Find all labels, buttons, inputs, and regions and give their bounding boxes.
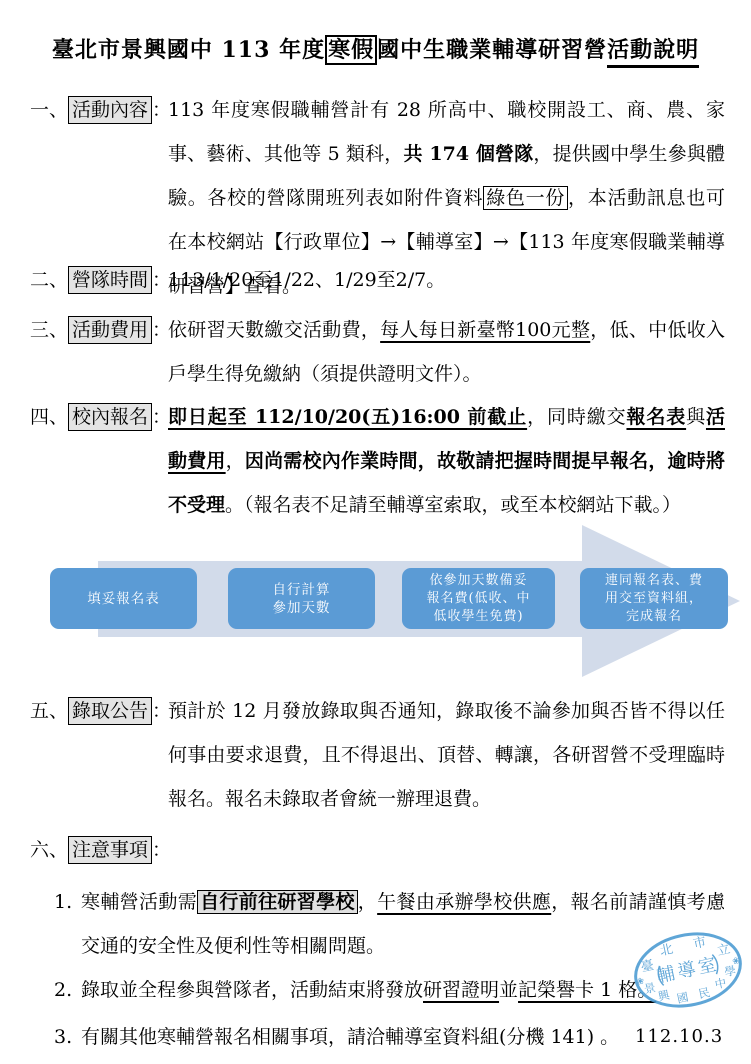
section-colon: ： (152, 269, 171, 291)
section-registration: 四、校內報名： 即日起至 112/10/20(五)16:00 前截止，同時繳交報… (168, 395, 725, 527)
stamp-bottom-char: 國 (676, 990, 690, 1006)
text-segment: 研習證明 (423, 979, 499, 1001)
section-text: 即日起至 112/10/20(五)16:00 前截止，同時繳交報名表與活動費用，… (168, 406, 725, 516)
section-activity-fee: 三、活動費用： 依研習天數繳交活動費，每人每日新臺幣100元整，低、中低收入戶學… (168, 308, 725, 396)
text-segment: 午餐由承辦學校供應 (377, 891, 551, 913)
stamp-bottom-char: 民 (697, 985, 711, 1001)
section-number: 六、 (30, 839, 68, 861)
section-number: 五、 (30, 700, 68, 722)
flow-step-line: 用交至資料組， (605, 590, 703, 608)
section-colon: ： (152, 700, 171, 722)
flow-step-line: 連同報名表、費 (605, 572, 703, 590)
section-label: 注意事項 (68, 836, 152, 864)
section-colon: ： (152, 839, 171, 861)
section-label: 活動內容 (68, 96, 152, 124)
text-segment: 報名表 (626, 406, 686, 428)
section-prefix: 三、活動費用： (30, 308, 171, 352)
document-page: { "title": { "segments": [ {"t": "臺北市景興國… (0, 0, 751, 1064)
flow-step-line: 完成報名 (626, 608, 682, 626)
text-segment: 臺北市景興國中 113 年度 (52, 37, 325, 63)
text-segment: 活動說明 (607, 37, 699, 68)
flow-step-line: 低收學生免費) (433, 608, 523, 626)
section-colon: ： (152, 406, 171, 428)
section-colon: ： (152, 99, 171, 121)
flow-step-line: 自行計算 (273, 581, 331, 599)
text-segment: 國中生職業輔導研習營 (377, 37, 607, 63)
section-number: 三、 (30, 319, 68, 341)
note-number: 1. (54, 880, 72, 924)
text-segment: 綠色一份 (483, 186, 568, 210)
document-date: 112.10.3 (635, 1015, 723, 1059)
text-segment: 有關其他寒輔營報名相關事項，請洽輔導室資料組(分機 141) 。 (81, 1026, 619, 1048)
stamp-top-char: 市 (692, 935, 708, 952)
section-prefix: 二、營隊時間： (30, 258, 171, 302)
flow-step-submit: 連同報名表、費 用交至資料組， 完成報名 (580, 568, 728, 629)
note-number: 3. (54, 1015, 72, 1059)
text-segment: 即日起至 112/10/20(五)16:00 前截止 (168, 406, 527, 428)
section-text: 113/1/20至1/22、1/29至2/7。 (168, 269, 445, 291)
flow-step-fill-form: 填妥報名表 (50, 568, 197, 629)
stamp-top-char: 臺 (639, 957, 655, 975)
text-segment: 錄取並全程參與營隊者，活動結束將發放 (81, 979, 423, 1001)
flow-step-line: 參加天數 (273, 599, 331, 617)
section-text: 依研習天數繳交活動費，每人每日新臺幣100元整，低、中低收入戶學生得免繳納（須提… (168, 319, 725, 385)
section-prefix: 四、校內報名： (30, 395, 171, 439)
section-prefix: 六、注意事項： (30, 828, 171, 872)
text-segment: 113/1/20至1/22、1/29至2/7。 (168, 269, 445, 291)
text-segment: 。（報名表不足請至輔導室索取，或至本校網站下載。） (225, 494, 681, 516)
section-label: 活動費用 (68, 316, 152, 344)
page-title: 臺北市景興國中 113 年度寒假國中生職業輔導研習營活動說明 (0, 30, 751, 70)
stamp-middle-text: 輔導室 (655, 954, 721, 988)
note-text: 錄取並全程參與營隊者，活動結束將發放研習證明並記榮譽卡 1 格。 (81, 979, 656, 1001)
counseling-office-stamp: 臺 北 市 立 輔導室 景 興 國 民 中 學 ❀ ❀ (627, 922, 749, 1018)
text-segment: 每人每日新臺幣100元整 (380, 319, 590, 341)
note-text: 有關其他寒輔營報名相關事項，請洽輔導室資料組(分機 141) 。 (81, 1026, 619, 1048)
flow-step-count-days: 自行計算 參加天數 (228, 568, 375, 629)
stamp-bottom-char: 景 (643, 980, 658, 996)
section-camp-time: 二、營隊時間： 113/1/20至1/22、1/29至2/7。 (168, 258, 725, 302)
section-prefix: 五、錄取公告： (30, 689, 171, 733)
flow-step-line: 依參加天數備妥 (429, 572, 527, 590)
text-segment: 並 (499, 979, 518, 1001)
note-item-3: 3. 有關其他寒輔營報名相關事項，請洽輔導室資料組(分機 141) 。 (81, 1015, 725, 1059)
section-number: 四、 (30, 406, 68, 428)
text-segment: ， (358, 891, 377, 913)
section-label: 營隊時間 (68, 266, 152, 294)
flow-step-prepare-fee: 依參加天數備妥 報名費(低收、中 低收學生免費) (402, 568, 555, 629)
stamp-seal-graphic: 臺 北 市 立 輔導室 景 興 國 民 中 學 ❀ ❀ (627, 922, 749, 1018)
text-segment: 與 (686, 406, 706, 428)
text-segment: 寒假 (325, 35, 377, 65)
section-number: 一、 (30, 99, 68, 121)
text-segment: ， (226, 450, 245, 472)
flow-step-line: 報名費(低收、中 (426, 590, 530, 608)
text-segment: 預計於 12 月發放錄取與否通知，錄取後不論參加與否皆不得以任何事由要求退費，且… (168, 700, 725, 810)
text-segment: 依研習天數繳交活動費， (168, 319, 380, 341)
flow-step-line: 填妥報名表 (87, 590, 160, 608)
section-prefix: 一、活動內容： (30, 88, 171, 132)
text-segment: 共 174 個營隊 (403, 143, 533, 165)
section-number: 二、 (30, 269, 68, 291)
stamp-bottom-char: 興 (657, 987, 673, 1003)
stamp-flower-ornament-icon: ❀ (636, 976, 646, 987)
note-number: 2. (54, 968, 72, 1012)
text-segment: 自行前往研習學校 (197, 890, 358, 914)
section-colon: ： (152, 319, 171, 341)
section-text: 預計於 12 月發放錄取與否通知，錄取後不論參加與否皆不得以任何事由要求退費，且… (168, 700, 725, 810)
section-label: 校內報名 (68, 403, 152, 431)
stamp-top-char: 北 (659, 942, 675, 959)
text-segment: 寒輔營活動需 (81, 891, 197, 913)
text-segment: ，同時繳交 (527, 406, 626, 428)
section-admission-notice: 五、錄取公告： 預計於 12 月發放錄取與否通知，錄取後不論參加與否皆不得以任何… (168, 689, 725, 821)
section-label: 錄取公告 (68, 697, 152, 725)
